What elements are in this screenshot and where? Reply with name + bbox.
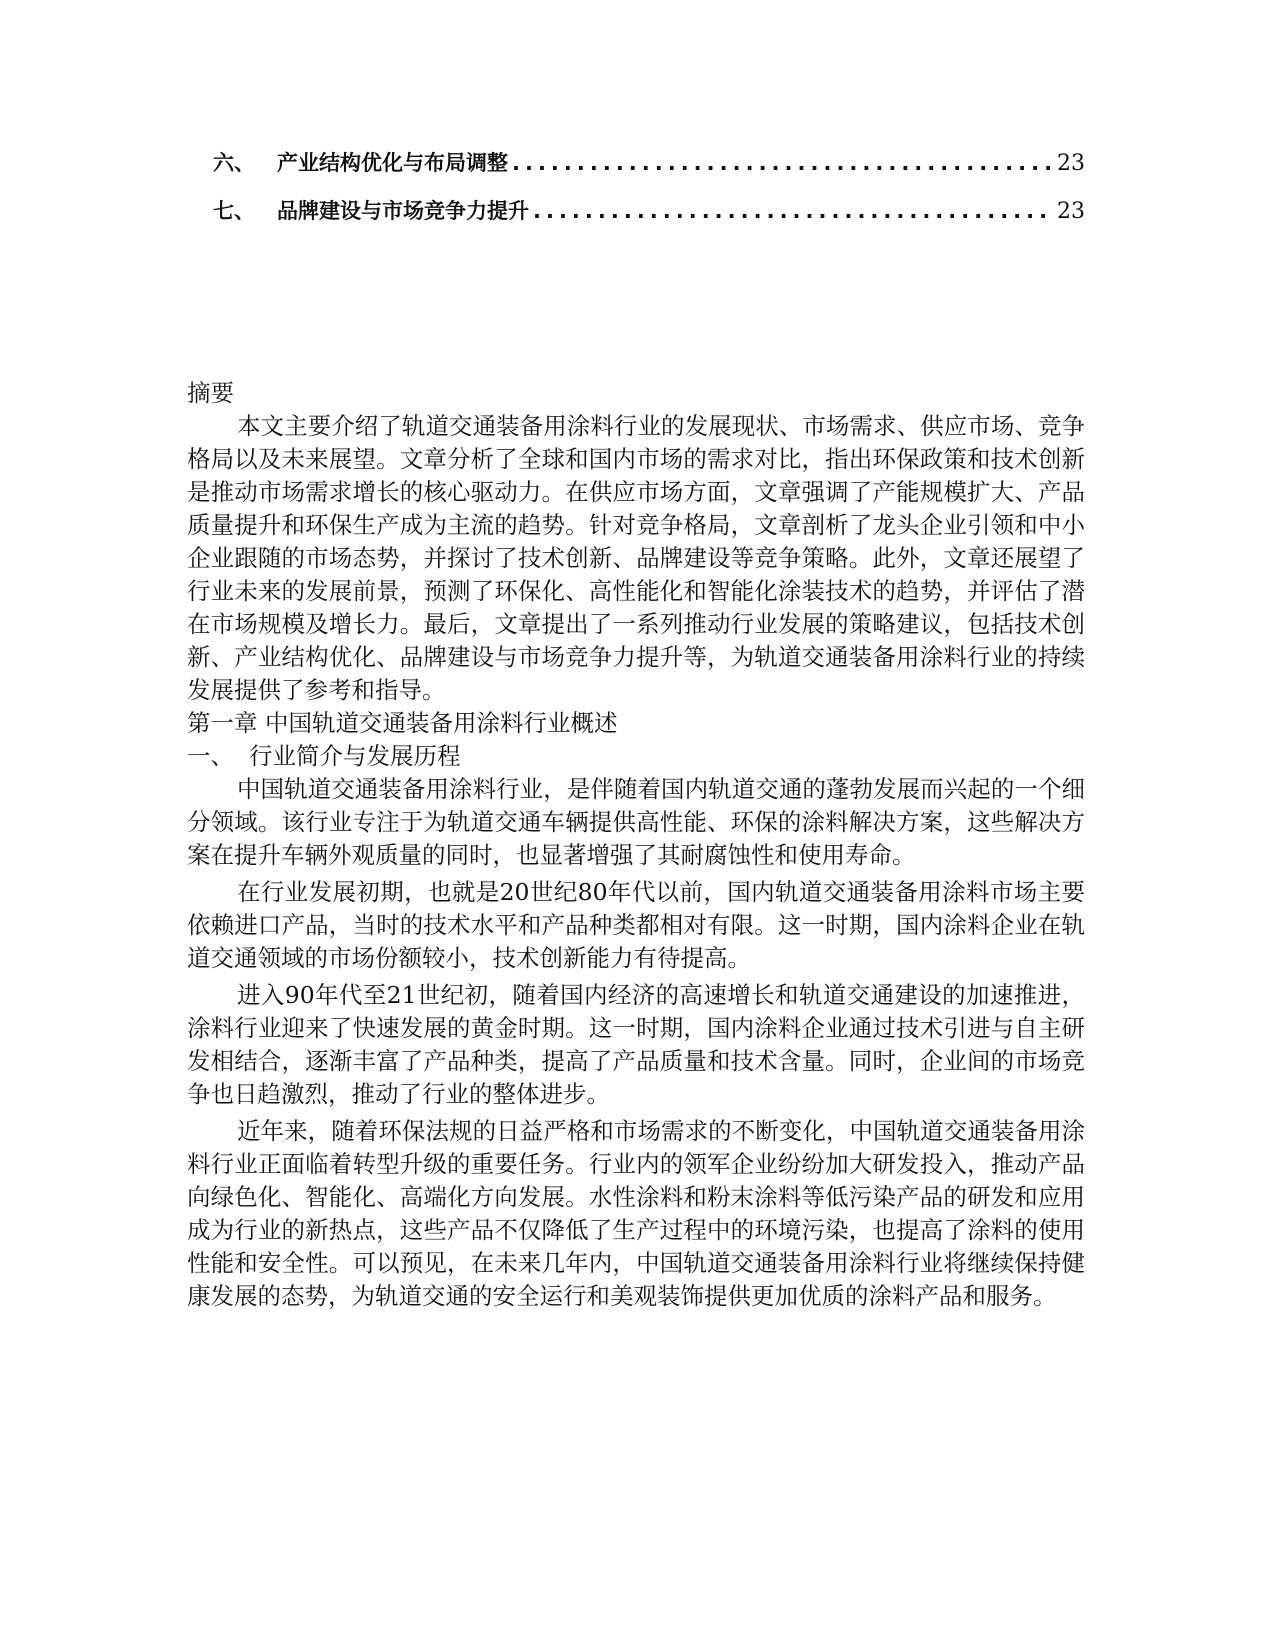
toc-entry[interactable]: 七、 品牌建设与市场竞争力提升 ........................… xyxy=(213,195,1085,243)
document-body: 摘要 本文主要介绍了轨道交通装备用涂料行业的发展现状、市场需求、供应市场、竞争格… xyxy=(187,377,1085,1317)
abstract-heading: 摘要 xyxy=(187,377,1085,410)
toc-entry-title: 产业结构优化与布局调整 xyxy=(277,147,508,177)
paragraph: 近年来，随着环保法规的日益严格和市场需求的不断变化，中国轨道交通装备用涂料行业正… xyxy=(187,1115,1085,1313)
toc-leader-dots: ........................................… xyxy=(533,199,1053,223)
paragraph: 中国轨道交通装备用涂料行业，是伴随着国内轨道交通的蓬勃发展而兴起的一个细分领域。… xyxy=(187,773,1085,872)
abstract-text: 本文主要介绍了轨道交通装备用涂料行业的发展现状、市场需求、供应市场、竞争格局以及… xyxy=(187,410,1085,707)
toc-entry-page: 23 xyxy=(1057,199,1085,224)
toc-entry-number: 七、 xyxy=(213,195,277,225)
toc-entry-title: 品牌建设与市场竞争力提升 xyxy=(277,195,529,225)
paragraph: 进入90年代至21世纪初，随着国内经济的高速增长和轨道交通建设的加速推进，涂料行… xyxy=(187,979,1085,1111)
toc-entry[interactable]: 六、 产业结构优化与布局调整 .........................… xyxy=(213,147,1085,195)
toc-entry-page: 23 xyxy=(1057,151,1085,176)
paragraph: 在行业发展初期，也就是20世纪80年代以前，国内轨道交通装备用涂料市场主要依赖进… xyxy=(187,876,1085,975)
chapter-title: 第一章 中国轨道交通装备用涂料行业概述 xyxy=(187,707,1085,740)
toc-entry-number: 六、 xyxy=(213,147,277,177)
toc-leader-dots: ........................................… xyxy=(512,151,1053,175)
section-title: 一、 行业简介与发展历程 xyxy=(187,740,1085,773)
table-of-contents: 六、 产业结构优化与布局调整 .........................… xyxy=(213,147,1085,243)
